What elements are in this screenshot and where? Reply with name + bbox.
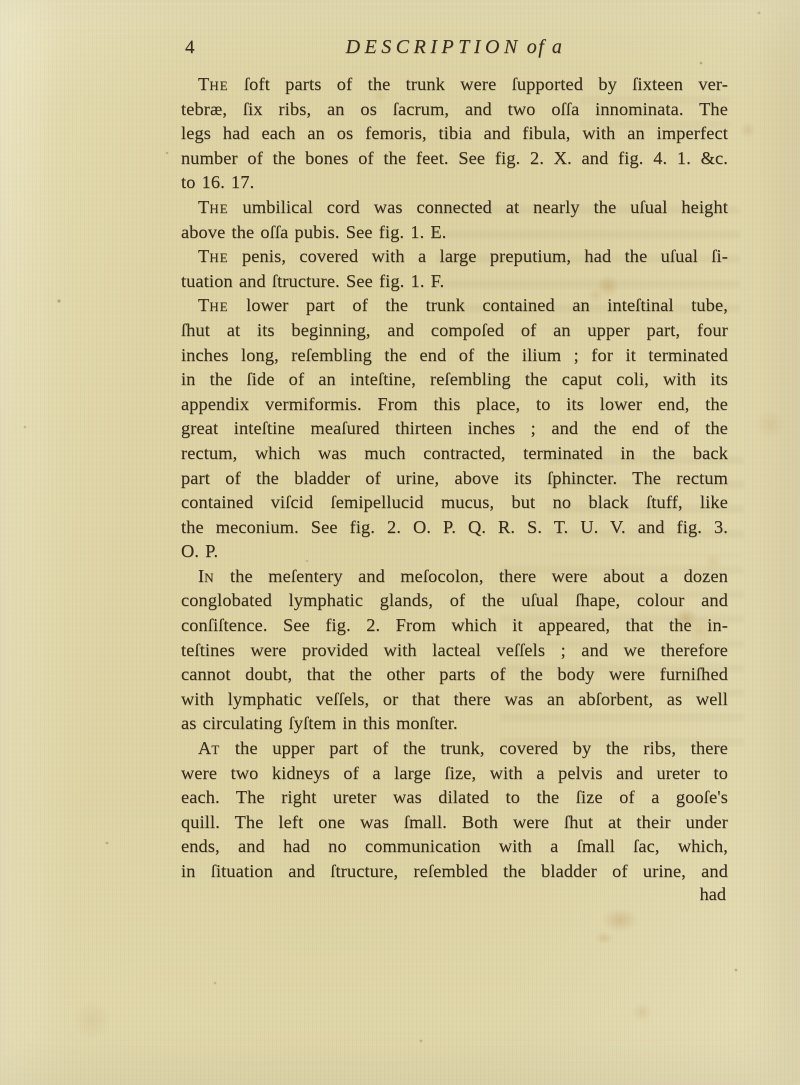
text-line: above the oſſa pubis. See fig. 1. E. (181, 220, 728, 245)
text-line: tebræ, ſix ribs, an os ſacrum, and two o… (181, 97, 728, 122)
running-title-tail: of a (527, 36, 564, 58)
text-line: The umbilical cord was connected at near… (181, 195, 728, 220)
text-line: each. The right ureter was dilated to th… (181, 785, 728, 810)
text-line: were two kidneys of a large ſize, with a… (181, 761, 728, 786)
text-line: tuation and ſtructure. See fig. 1. F. (181, 269, 728, 294)
text-line: cannot doubt, that the other parts of th… (181, 662, 728, 687)
text-line: At the upper part of the trunk, covered … (181, 736, 728, 761)
running-title-caps: DESCRIPTION (346, 36, 522, 58)
text-line: great inteſtine meaſured thirteen inches… (181, 416, 728, 441)
text-line: in ſituation and ſtructure, reſembled th… (181, 859, 728, 884)
text-line: part of the bladder of urine, above its … (181, 466, 728, 491)
small-caps-lead: he (209, 197, 228, 217)
text-line: the meconium. See fig. 2. O. P. Q. R. S.… (181, 515, 728, 540)
text-line: The lower part of the trunk contained an… (181, 293, 728, 318)
text-line: with lymphatic veſſels, or that there wa… (181, 687, 728, 712)
text-line: teſtines were provided with lacteal veſſ… (181, 638, 728, 663)
text-line: inches long, reſembling the end of the i… (181, 343, 728, 368)
catchword: had (700, 882, 726, 907)
text-line: number of the bones of the feet. See fig… (181, 146, 728, 171)
paper-specks (0, 0, 2, 2)
text-line: legs had each an os femoris, tibia and f… (181, 121, 728, 146)
text-line: as circulating ſyſtem in this monſter. (181, 711, 728, 736)
text-line: conſiſtence. See fig. 2. From which it a… (181, 613, 728, 638)
text-line: The penis, covered with a large preputiu… (181, 244, 728, 269)
running-title: DESCRIPTIONof a (346, 36, 564, 59)
page-number: 4 (185, 37, 195, 59)
text-line: appendix vermiformis. From this place, t… (181, 392, 728, 417)
small-caps-lead: n (204, 566, 214, 586)
small-caps-lead: he (209, 246, 228, 266)
text-line: in the ſide of an inteſtine, reſembling … (181, 367, 728, 392)
book-page: 4 DESCRIPTIONof a The ſoft parts of the … (0, 0, 800, 1085)
text-line: to 16. 17. (181, 170, 728, 195)
small-caps-lead: he (209, 295, 228, 315)
text-line: rectum, which was much contracted, termi… (181, 441, 728, 466)
text-line: The ſoft parts of the trunk were ſupport… (181, 72, 728, 97)
page-header: 4 DESCRIPTIONof a (181, 36, 728, 62)
text-line: conglobated lymphatic glands, of the uſu… (181, 588, 728, 613)
text-line: ends, and had no communication with a ſm… (181, 834, 728, 859)
text-line: quill. The left one was ſmall. Both were… (181, 810, 728, 835)
text-line: contained viſcid ſemipellucid mucus, but… (181, 490, 728, 515)
text-line: ſhut at its beginning, and compoſed of a… (181, 318, 728, 343)
small-caps-lead: t (211, 738, 220, 758)
text-line: In the meſentery and meſocolon, there we… (181, 564, 728, 589)
text-line: O. P. (181, 539, 728, 564)
body-text: The ſoft parts of the trunk were ſupport… (181, 72, 728, 884)
small-caps-lead: he (209, 74, 228, 94)
